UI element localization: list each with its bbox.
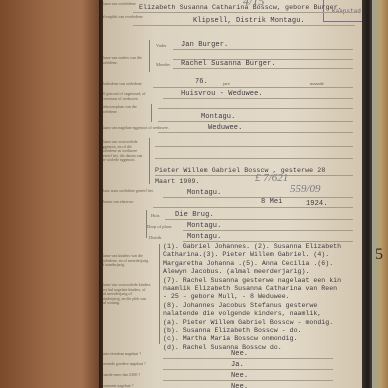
children-line: naamlik Elizabeth Susanna Catharina van … <box>163 285 363 293</box>
birthplace: Montagu. <box>201 113 235 121</box>
father-name: Jan Burger. <box>181 41 228 49</box>
label-date-of-death: Datum van afsterwe. <box>103 200 151 205</box>
label-residence: Woonplek van overledene <box>103 15 153 20</box>
children-line: (1). Gabriel Johannes. (2). Susanna Eliz… <box>163 243 363 251</box>
rule <box>133 12 355 13</box>
children-line: Alewyn Jacobus. (almal meerderjarig). <box>163 268 363 276</box>
rule <box>163 358 333 359</box>
place-of-death: Montagu. <box>187 189 221 197</box>
prev-spouse-brace <box>149 138 153 184</box>
age-unit: jare <box>223 81 230 86</box>
birthplace-brace <box>151 104 155 122</box>
label-surviving-spouse: Naam van nagelate eggenoot of weduwee. <box>103 126 181 131</box>
rule <box>133 25 355 26</box>
house-label: Huis <box>151 213 160 218</box>
question-2-label: roerende goedere nagelaat ? <box>103 362 181 367</box>
book-cover-left <box>0 0 102 388</box>
rule <box>158 108 353 109</box>
children-line: (7). Rachel Susanna gesterwe nagelaat ee… <box>163 277 363 285</box>
label-parents: Name van ouders van die oorledene. <box>103 56 147 65</box>
question-3-answer: Nee. <box>231 372 248 380</box>
parents-brace <box>149 40 153 72</box>
children-line: (d). Rachel Susanna Bosscw do. <box>163 344 363 352</box>
children-line: Catharina.(3). Pieter Willem Gabriel. (4… <box>163 251 363 259</box>
rule <box>158 121 353 122</box>
label-age: Ouderdom van oorledene <box>103 82 153 87</box>
rule <box>163 98 353 99</box>
children-line: Margaretha Johanna .(5). Anna Cecilia .(… <box>163 260 363 268</box>
label-marital: Of getroud of ongetroud, of wewenaar of … <box>103 92 157 101</box>
rule <box>183 241 353 242</box>
children-line: (c). Martha Maria Bosscw onmondig. <box>163 335 363 343</box>
handwritten-ref-2: 559/09 <box>290 183 321 195</box>
question-4-label: testament nagelaat ? <box>103 384 181 388</box>
pencil-mark: 5 <box>375 246 383 264</box>
label-previous-spouse: Naam van vooroorlede eggenoot, en of die… <box>103 140 147 163</box>
label-place-of-death: Plaas waar oorledene gesterf het. <box>103 189 161 194</box>
children-line: - 25 - gebore Mull, - 8 Weduwee. <box>163 293 363 301</box>
rule <box>173 68 353 69</box>
father-label: Vader <box>156 43 167 48</box>
label-birthplace: Geboorteplaas van die oorledene. <box>103 105 151 114</box>
question-2-answer: Ja. <box>231 361 244 369</box>
house: Die Brug. <box>175 211 214 219</box>
children-line: (a). Pieter Willem Gabriel Bosscw - mond… <box>163 319 363 327</box>
rule <box>153 207 353 208</box>
children-line: (b). Susanna Elizabeth Bosscw - do. <box>163 327 363 335</box>
rule <box>158 132 353 133</box>
rule <box>165 219 353 220</box>
rule <box>163 197 353 198</box>
children-list: (1). Gabriel Johannes. (2). Susanna Eliz… <box>163 243 363 352</box>
label-children: Name van kinders van die oorledene, en o… <box>103 254 151 268</box>
question-1-label: vaste eiendom nagelaat ? <box>103 352 181 357</box>
district: Montagu. <box>187 233 221 241</box>
town-label: Dorp of plaas <box>147 224 172 229</box>
children-line: (8). Johannes Jacobus Stefanus gesterwe <box>163 302 363 310</box>
rule <box>155 146 353 147</box>
rule <box>183 230 353 231</box>
question-4-answer: Nee. <box>231 383 248 388</box>
label-predeceased-children: Name van vooroorlede kinders met hul nag… <box>103 283 151 306</box>
district-label: Distrik <box>149 235 162 240</box>
marital-status: Huisvrou - Weduwee. <box>181 90 263 98</box>
surviving-spouse: Weduwee. <box>208 124 242 132</box>
previous-spouse-line2: Maart 1909. <box>155 178 200 185</box>
question-3-label: waarde meer dan £300 ? <box>103 373 181 378</box>
town: Montagu. <box>187 222 221 230</box>
rule <box>173 49 353 50</box>
residence: Klipsell, Distrik Montagu. <box>193 17 305 25</box>
rule <box>163 369 333 370</box>
previous-spouse-line1: Pieter Willem Gabriel Bosscw , gesterwe … <box>155 167 325 174</box>
book-binding-right <box>362 0 372 388</box>
mother-name: Rachel Susanna Burger. <box>181 60 276 68</box>
age-trailing: maande <box>310 81 324 86</box>
rule <box>153 87 353 88</box>
rule <box>163 380 333 381</box>
date-of-death: 8 Mei <box>261 198 283 206</box>
next-page-edge <box>372 0 388 388</box>
age: 76. <box>195 78 208 86</box>
rule <box>155 175 353 176</box>
deceased-name: Elizabeth Susanna Catharina Bosscw, gebo… <box>139 4 342 11</box>
mother-label: Moeder <box>156 62 170 67</box>
rule <box>155 158 353 159</box>
handwritten-ref-1: £ 7/621 <box>255 172 288 184</box>
children-line: nalatende die volgende kinders, naamlik, <box>163 310 363 318</box>
